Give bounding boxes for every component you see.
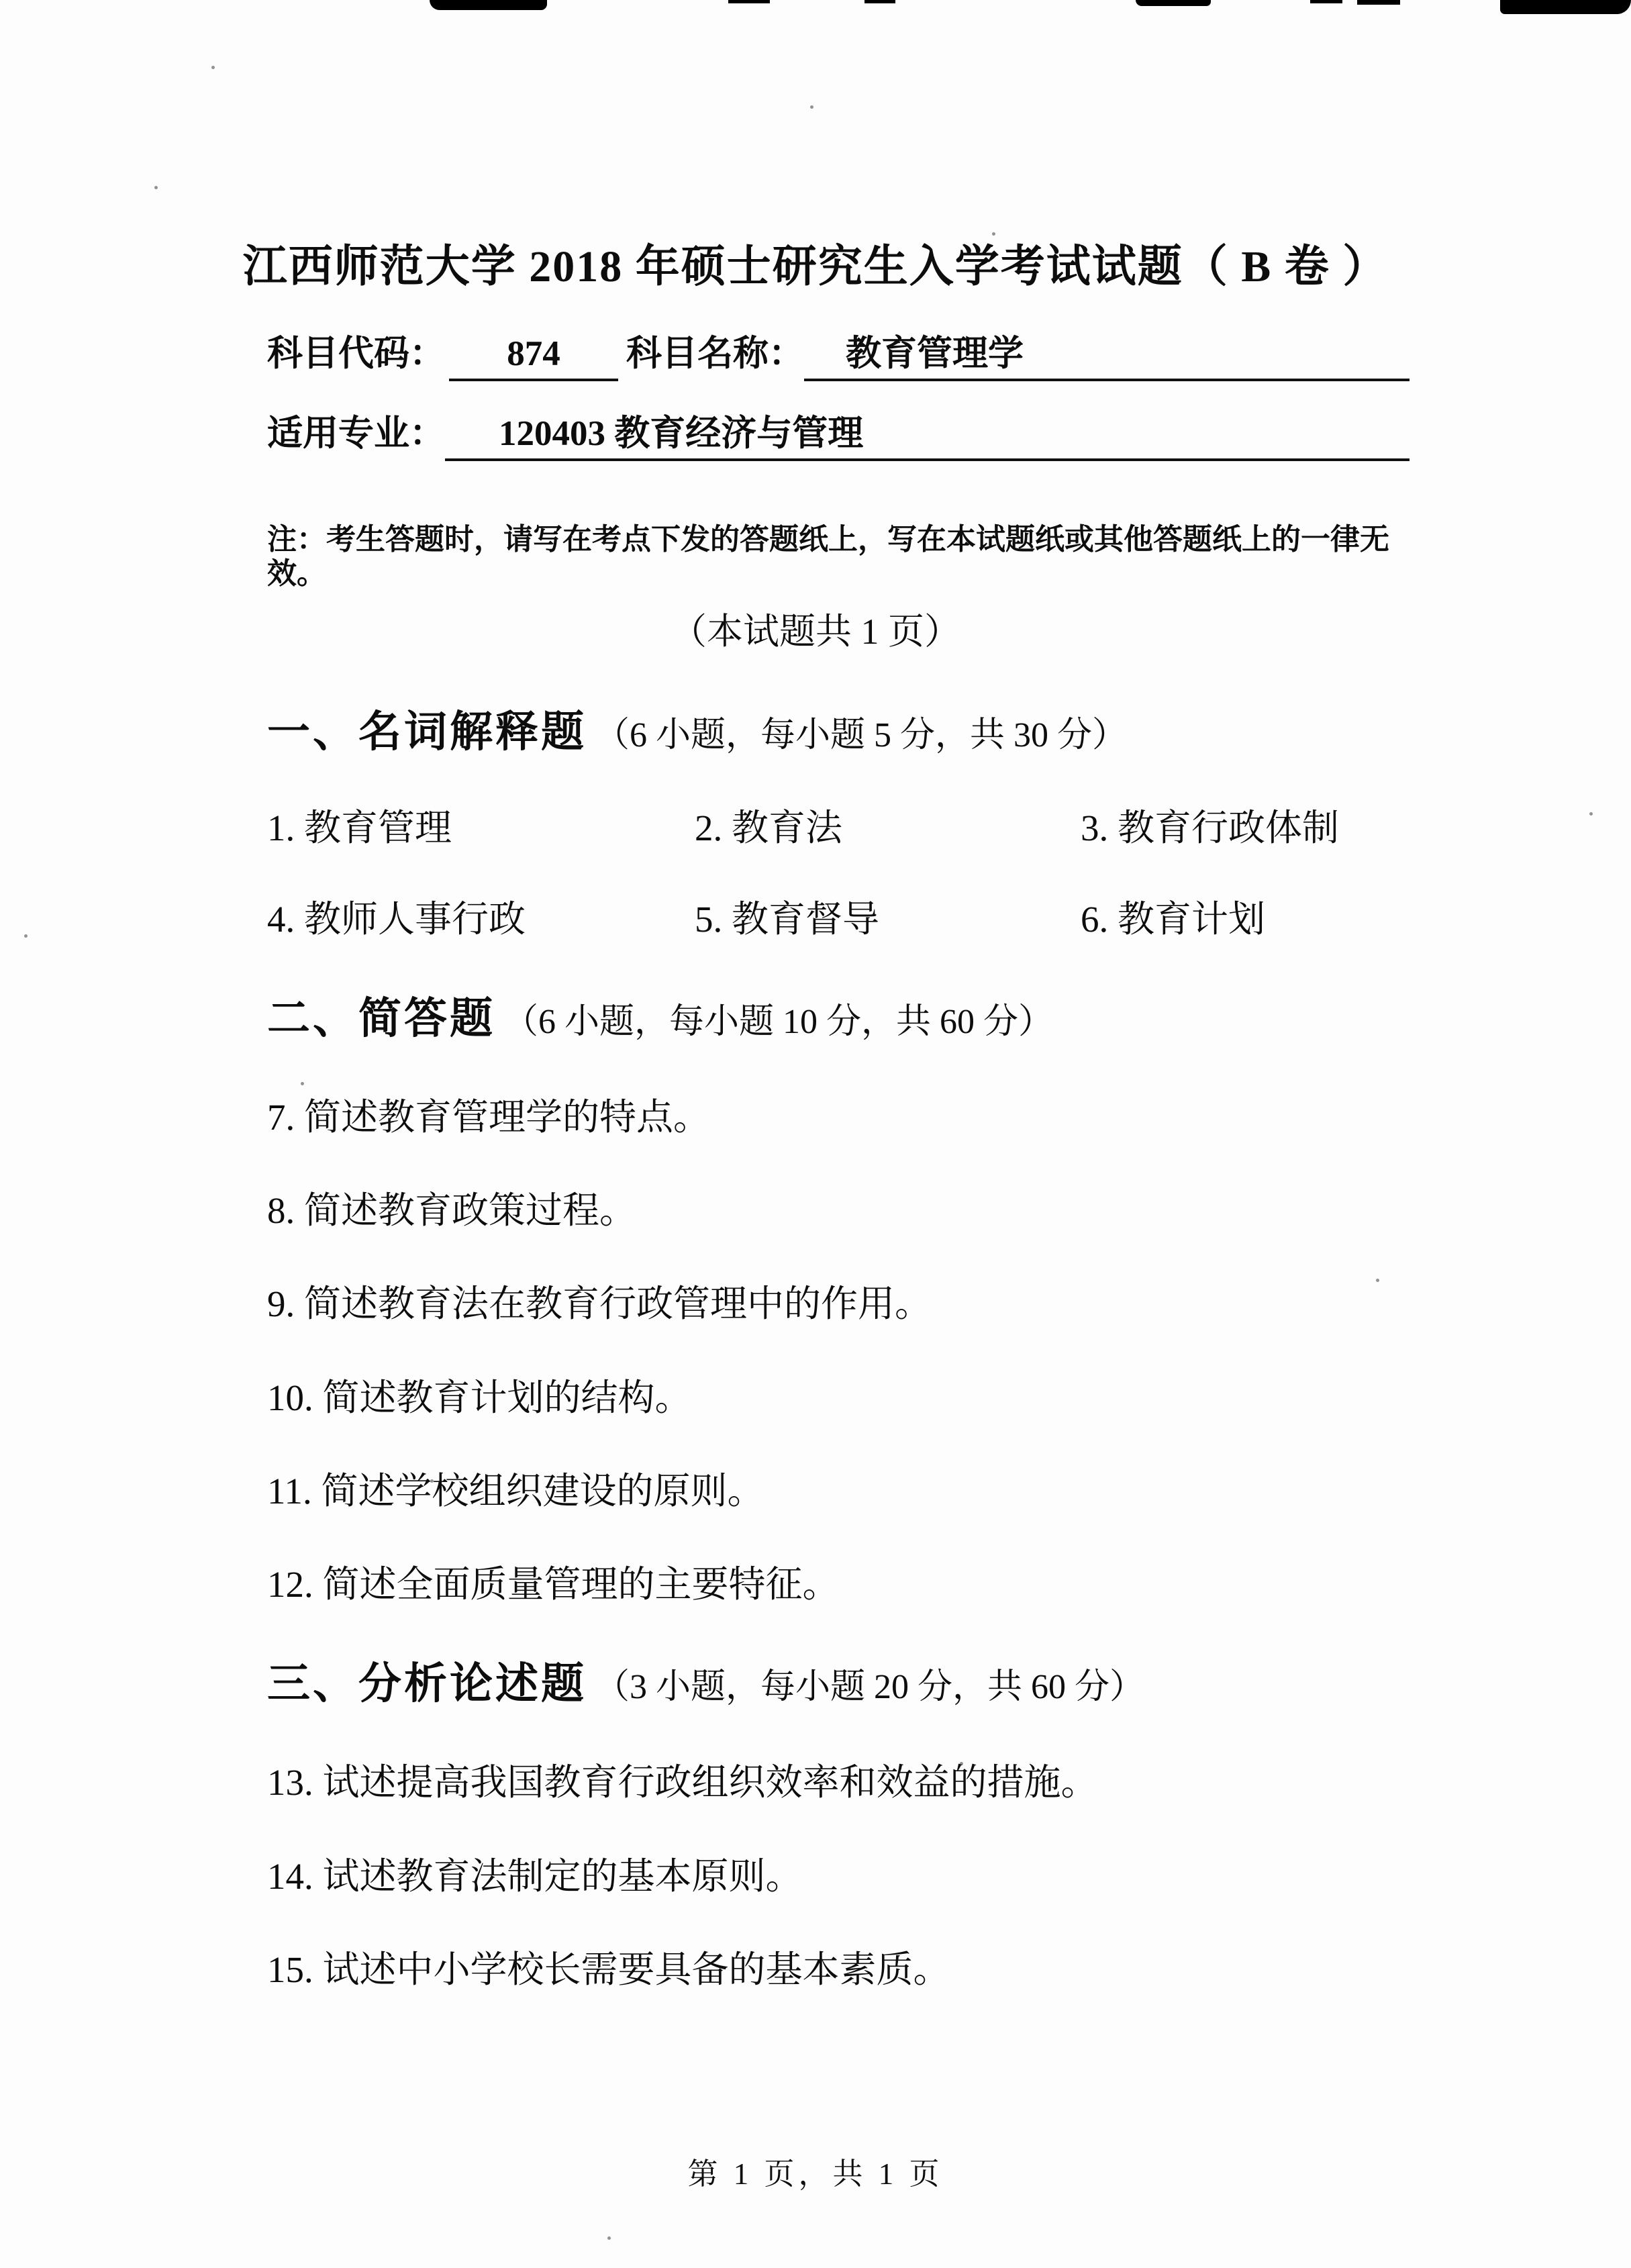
term-item-3: 3. 教育行政体制 [1081,807,1410,849]
page-footer: 第 1 页，共 1 页 [0,2149,1631,2193]
section-2-points-note: （6 小题，每小题 10 分，共 60 分） [503,1003,1053,1041]
scan-speck [430,1479,434,1483]
section-short-answer: 二、简答题 （6 小题，每小题 10 分，共 60 分） 7. 简述教育管理学的… [0,991,1631,1606]
question-12: 12. 简述全面质量管理的主要特征。 [267,1563,1410,1606]
section-term-definitions: 一、名词解释题 （6 小题，每小题 5 分，共 30 分） 1. 教育管理 2.… [0,705,1631,940]
section-1-heading: 一、名词解释题 （6 小题，每小题 5 分，共 30 分） [267,705,1410,758]
section-essay: 三、分析论述题 （3 小题，每小题 20 分，共 60 分） 13. 试述提高我… [0,1657,1631,1991]
major-meta-row: 适用专业： 120403 教育经济与管理 [267,413,1410,461]
section-3-title: 三、分析论述题 [267,1659,587,1708]
page-count-line: （本试题共 1 页） [0,611,1631,652]
term-item-4: 4. 教师人事行政 [267,898,695,940]
question-14: 14. 试述教育法制定的基本原则。 [267,1855,1410,1897]
question-7: 7. 简述教育管理学的特点。 [267,1096,1410,1138]
scan-speck [810,105,813,109]
scan-speck [301,1082,304,1085]
section-3-heading: 三、分析论述题 （3 小题，每小题 20 分，共 60 分） [267,1657,1410,1710]
major-value: 120403 教育经济与管理 [445,413,1410,461]
subject-name-label: 科目名称： [626,334,804,375]
scan-speck [992,232,995,236]
question-11: 11. 简述学校组织建设的原则。 [267,1470,1410,1512]
question-10: 10. 简述教育计划的结构。 [267,1377,1410,1419]
exam-notice: 注：考生答题时，请写在考点下发的答题纸上，写在本试题纸或其他答题纸上的一律无效。 [267,523,1430,591]
scan-speck [211,66,215,69]
section-3-points-note: （3 小题，每小题 20 分，共 60 分） [595,1668,1144,1706]
scan-speck [607,2236,611,2240]
term-item-5: 5. 教育督导 [695,898,1081,940]
term-item-2: 2. 教育法 [695,807,1081,849]
scan-speck [24,934,28,938]
exam-paper-scan: 江西师范大学 2018 年硕士研究生入学考试试题（ B 卷 ） 科目代码： 87… [0,0,1631,2268]
scan-speck [154,186,158,189]
term-item-6: 6. 教育计划 [1081,898,1410,940]
major-label: 适用专业： [267,413,445,454]
scan-speck [1589,812,1593,816]
page-title: 江西师范大学 2018 年硕士研究生入学考试试题（ B 卷 ） [0,0,1631,293]
term-list: 1. 教育管理 2. 教育法 3. 教育行政体制 4. 教师人事行政 5. 教育… [267,807,1410,940]
term-item-1: 1. 教育管理 [267,807,695,849]
question-13: 13. 试述提高我国教育行政组织效率和效益的措施。 [267,1761,1410,1804]
scan-speck [1376,1279,1379,1282]
subject-meta-row: 科目代码： 874 科目名称： 教育管理学 [267,334,1410,381]
subject-name-value: 教育管理学 [804,334,1410,381]
section-2-heading: 二、简答题 （6 小题，每小题 10 分，共 60 分） [267,991,1410,1045]
question-8: 8. 简述教育政策过程。 [267,1189,1410,1232]
question-15: 15. 试述中小学校长需要具备的基本素质。 [267,1949,1410,1991]
subject-code-value: 874 [449,334,618,381]
section-1-points-note: （6 小题，每小题 5 分，共 30 分） [595,716,1127,754]
section-1-title: 一、名词解释题 [267,707,587,756]
scan-speck [960,1762,963,1765]
subject-code-label: 科目代码： [267,334,445,375]
section-2-title: 二、简答题 [267,994,495,1042]
question-9: 9. 简述教育法在教育行政管理中的作用。 [267,1283,1410,1325]
